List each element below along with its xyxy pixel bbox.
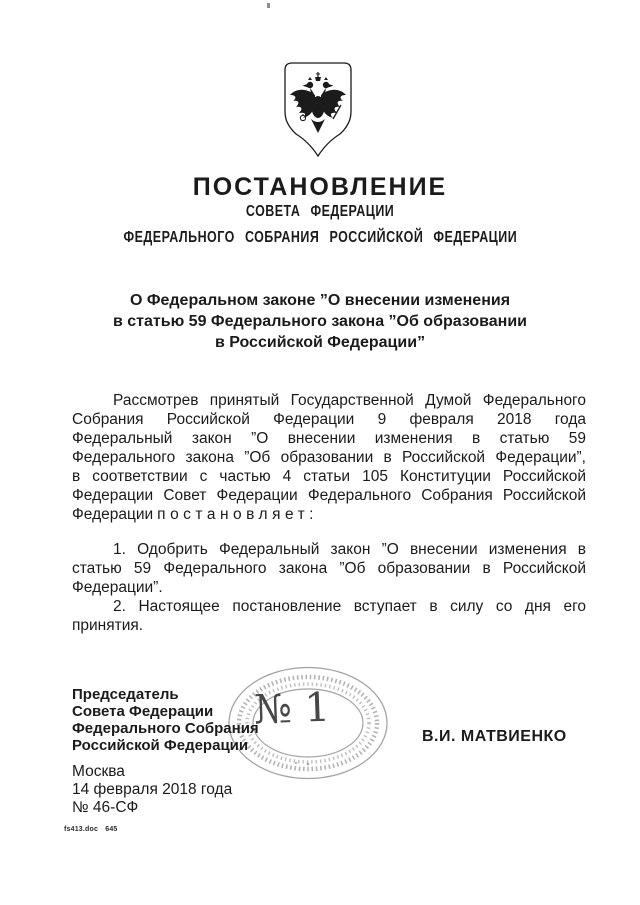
item-1-line: статью 59 Федерального закона ”Об образо…	[72, 559, 586, 578]
document-title: ПОСТАНОВЛЕНИЕ	[0, 174, 640, 200]
body-line: Федеральный закон ”О внесении изменения …	[72, 429, 586, 448]
scan-artifact-dot	[267, 3, 270, 8]
item-2-line: принятия.	[72, 616, 586, 635]
dateline-number: № 46-СФ	[72, 799, 232, 817]
coat-of-arms-icon	[283, 62, 353, 158]
body-line: Федерации Совет Федерации Федерального С…	[72, 486, 586, 505]
letterhead-subtitle-1-text: СОВЕТА ФЕДЕРАЦИИ	[246, 203, 394, 221]
document-page: ПОСТАНОВЛЕНИЕ СОВЕТА ФЕДЕРАЦИИ ФЕДЕРАЛЬН…	[0, 0, 640, 905]
item-1-line: 1. Одобрить Федеральный закон ”О внесени…	[72, 540, 586, 559]
letterhead-subtitle-1: СОВЕТА ФЕДЕРАЦИИ	[0, 203, 640, 221]
item-1-line: Федерации”.	[72, 578, 586, 597]
dateline-date: 14 февраля 2018 года	[72, 781, 232, 799]
letterhead-subtitle-2: ФЕДЕРАЛЬНОГО СОБРАНИЯ РОССИЙСКОЙ ФЕДЕРАЦ…	[0, 229, 640, 247]
handwritten-document-number: № 1	[253, 686, 331, 733]
body-line: Рассмотрев принятый Государственной Думо…	[72, 391, 586, 410]
subject-heading-line: в Российской Федерации”	[0, 332, 640, 353]
dateline-city: Москва	[72, 763, 232, 781]
signature-title-line: Российской Федерации	[72, 737, 259, 754]
signature-title-block: Председатель Совета Федерации Федерально…	[72, 686, 259, 754]
body-line: в соответствии с частью 4 статьи 105 Кон…	[72, 467, 586, 486]
body-line-resolves: Федерациипостановляет:	[72, 505, 586, 524]
resolves-prefix: Федерации	[72, 506, 153, 523]
subject-heading-line: О Федеральном законе ”О внесении изменен…	[0, 290, 640, 311]
subject-heading-line: в статью 59 Федерального закона ”Об обра…	[0, 311, 640, 332]
letterhead-subtitle-2-text: ФЕДЕРАЛЬНОГО СОБРАНИЯ РОССИЙСКОЙ ФЕДЕРАЦ…	[123, 229, 517, 247]
body-line: Собрания Российской Федерации 9 февраля …	[72, 410, 586, 429]
print-control-code: fs413.doc 645	[64, 826, 118, 833]
document-body: Рассмотрев принятый Государственной Думо…	[72, 391, 586, 635]
signatory-name: В.И. МАТВИЕНКО	[422, 728, 567, 746]
body-line: Федерального закона ”Об образовании в Ро…	[72, 448, 586, 467]
subject-heading: О Федеральном законе ”О внесении изменен…	[0, 290, 640, 353]
signature-title-line: Совета Федерации	[72, 703, 259, 720]
signature-title-line: Председатель	[72, 686, 259, 703]
dateline-block: Москва 14 февраля 2018 года № 46-СФ	[72, 763, 232, 817]
coat-of-arms	[283, 62, 353, 158]
resolves-word: постановляет:	[157, 506, 318, 523]
item-2-line: 2. Настоящее постановление вступает в си…	[72, 597, 586, 616]
signature-title-line: Федерального Собрания	[72, 720, 259, 737]
